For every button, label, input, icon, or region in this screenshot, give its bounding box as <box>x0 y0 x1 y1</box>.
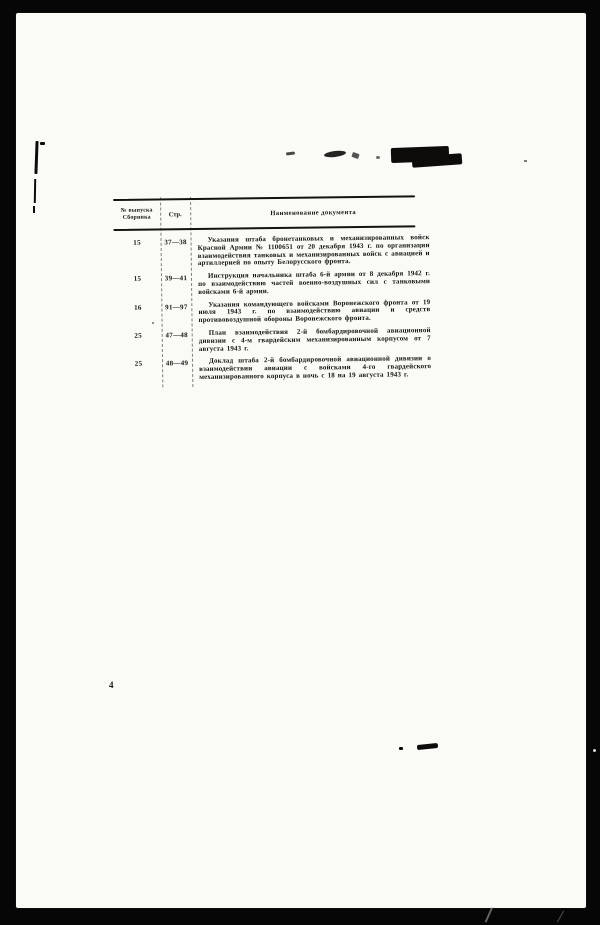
document-title-cell: Инструкция начальника штаба 6-й армии от… <box>191 270 432 296</box>
document-title-cell: Указания штаба бронетанковых и механизир… <box>191 234 432 268</box>
scratch-bottom-border <box>557 911 564 923</box>
header-pages: Стр. <box>160 211 190 218</box>
pages-cell: 48—49 <box>162 358 192 382</box>
header-document-name: Наименование документа <box>190 208 431 218</box>
ink-mark-left-margin <box>34 179 36 203</box>
header-issue-number: № выпуска Сборника <box>113 207 160 222</box>
document-index-table: № выпуска Сборника Стр. Наименование док… <box>113 192 433 388</box>
pages-cell: 47—48 <box>162 330 192 354</box>
ink-smudge-top <box>376 156 380 159</box>
issue-number-cell: 25 <box>115 359 162 383</box>
issue-number-cell: 16 <box>114 302 161 326</box>
pages-cell: 39—41 <box>161 273 191 297</box>
document-title-cell: Указания командующего войсками Воронежск… <box>191 299 432 325</box>
white-speck-border <box>593 749 596 752</box>
scratch-bottom-border <box>485 906 494 922</box>
page-number: 4 <box>109 680 114 690</box>
issue-number-cell: 15 <box>114 274 161 298</box>
ink-speck <box>524 160 527 162</box>
pages-cell: 91—97 <box>161 302 191 326</box>
paper-page <box>16 13 586 908</box>
ink-dash-bottom <box>399 747 403 750</box>
document-title-cell: Доклад штаба 2-й бомбардировочной авиаци… <box>192 355 433 381</box>
header-issue-line2: Сборника <box>113 214 160 222</box>
pages-cell: 37—38 <box>161 237 191 269</box>
document-title-cell: План взаимодействия 2-й бомбардировочной… <box>192 327 433 353</box>
ink-mark-left-margin <box>33 206 35 213</box>
ink-mark-left-margin <box>40 142 45 145</box>
scanned-document: { "colors": { "background": "#060606", "… <box>0 0 600 925</box>
issue-number-cell: 25 <box>115 330 162 354</box>
issue-number-cell: 15 <box>114 237 161 269</box>
